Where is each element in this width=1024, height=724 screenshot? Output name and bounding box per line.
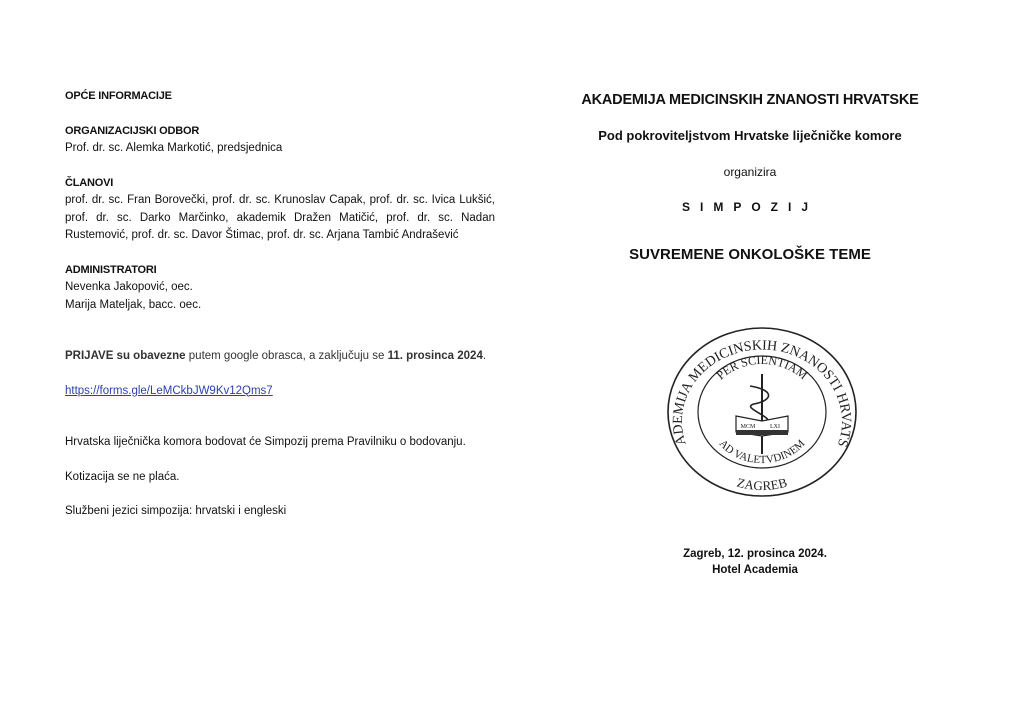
admin-2: Marija Mateljak, bacc. oec. xyxy=(65,297,495,315)
registration-text: putem google obrasca, a zaključuju se xyxy=(186,350,388,362)
academy-seal-icon: AKADEMIJA MEDICINSKIH ZNANOSTI HRVATSKE … xyxy=(664,324,860,500)
fee-note: Kotizacija se ne plaća. xyxy=(65,469,495,487)
committee-heading: ORGANIZACIJSKI ODBOR xyxy=(65,123,495,141)
registration-note: PRIJAVE su obavezne putem google obrasca… xyxy=(65,348,495,366)
academy-title: AKADEMIJA MEDICINSKIH ZNANOSTI HRVATSKE xyxy=(540,92,960,108)
patronage: Pod pokroviteljstvom Hrvatske liječničke… xyxy=(540,128,960,143)
date-place: Zagreb, 12. prosinca 2024. xyxy=(640,546,870,562)
registration-form-link[interactable]: https://forms.gle/LeMCkbJW9Kv12Qms7 xyxy=(65,385,273,397)
languages-note: Službeni jezici simpozija: hrvatski i en… xyxy=(65,503,495,521)
svg-text:ZAGREB: ZAGREB xyxy=(735,475,789,494)
admins-heading: ADMINISTRATORI xyxy=(65,262,495,280)
title-column: AKADEMIJA MEDICINSKIH ZNANOSTI HRVATSKE … xyxy=(540,92,960,263)
registration-bold: PRIJAVE su obavezne xyxy=(65,350,186,362)
points-note: Hrvatska liječnička komora bodovat će Si… xyxy=(65,434,495,452)
registration-end: . xyxy=(483,350,486,362)
event-type: SIMPOZIJ xyxy=(540,200,960,214)
symposium-theme: SUVREMENE ONKOLOŠKE TEME xyxy=(540,246,960,263)
organizes: organizira xyxy=(540,165,960,179)
committee-chair: Prof. dr. sc. Alemka Markotić, predsjedn… xyxy=(65,140,495,158)
general-info-heading: OPĆE INFORMACIJE xyxy=(65,88,495,106)
event-footer: Zagreb, 12. prosinca 2024. Hotel Academi… xyxy=(640,546,870,578)
members-heading: ČLANOVI xyxy=(65,175,495,193)
general-info-column: OPĆE INFORMACIJE ORGANIZACIJSKI ODBOR Pr… xyxy=(65,88,495,521)
registration-deadline: 11. prosinca 2024 xyxy=(388,350,483,362)
venue: Hotel Academia xyxy=(640,562,870,578)
svg-text:MCM: MCM xyxy=(741,424,756,430)
svg-text:LXI: LXI xyxy=(770,424,780,430)
admin-1: Nevenka Jakopović, oec. xyxy=(65,279,495,297)
members-list: prof. dr. sc. Fran Borovečki, prof. dr. … xyxy=(65,192,495,245)
